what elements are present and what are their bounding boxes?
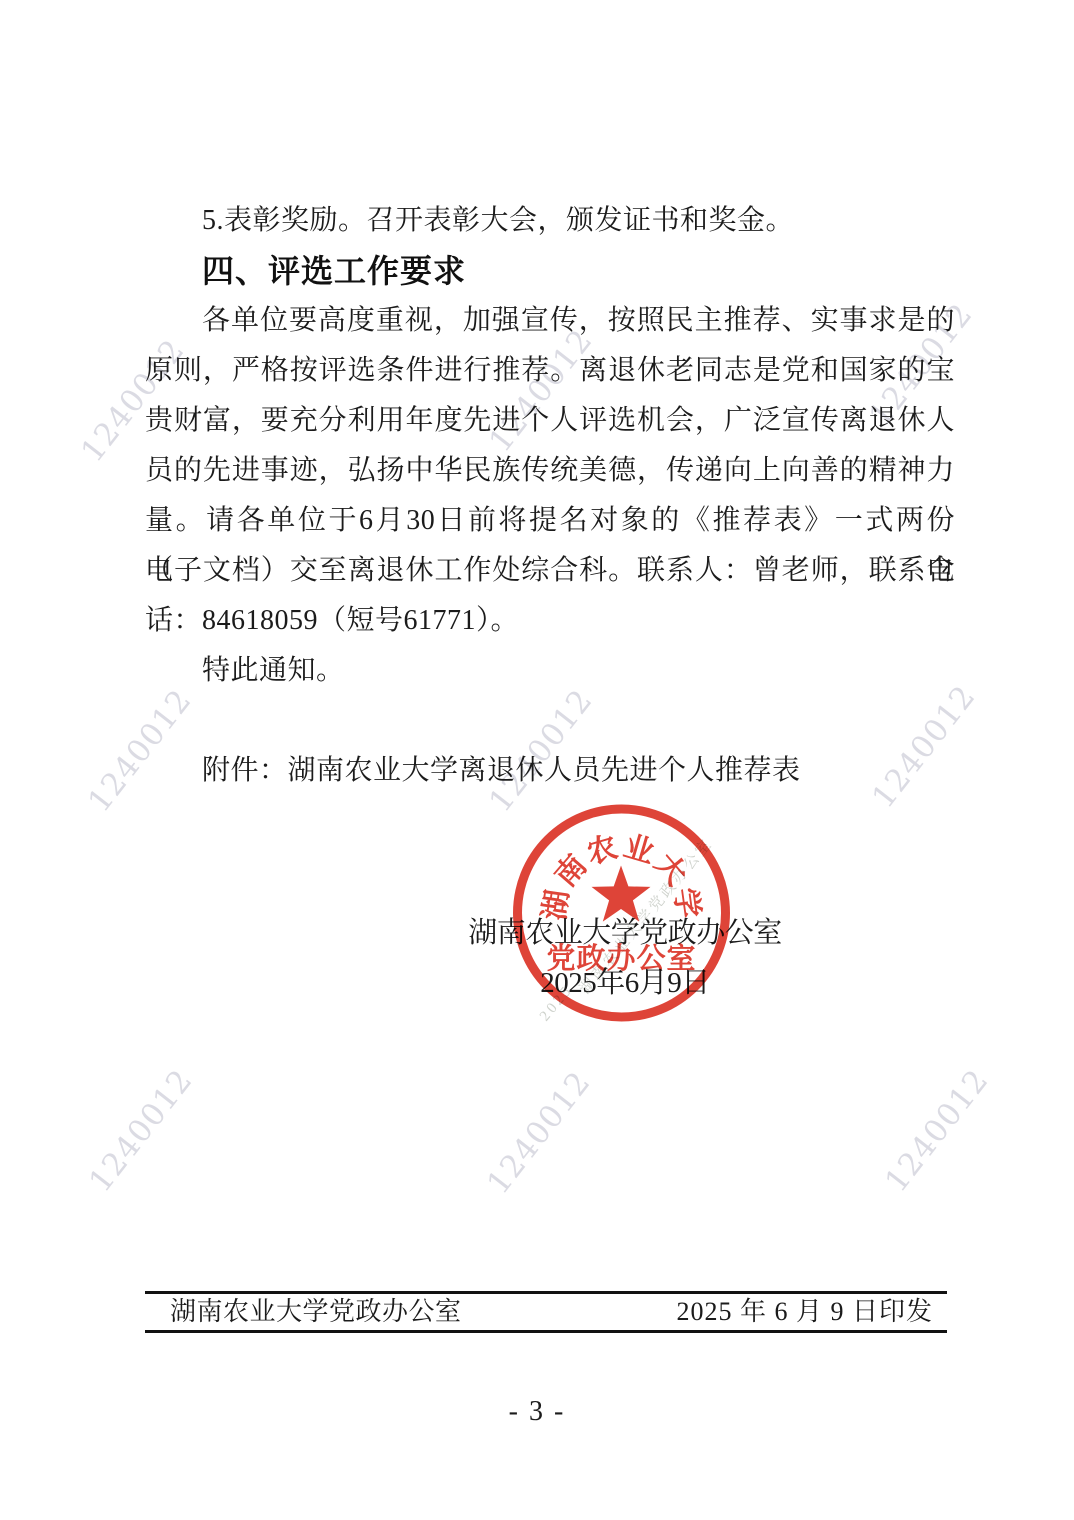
blank-line [145,696,955,746]
paragraph-line: 电子文档）交至离退休工作处综合科。联系人：曾老师，联系电 [145,546,955,596]
footer-print-date: 2025 年 6 月 9 日印发 [676,1294,947,1330]
seal-star-icon [592,866,651,922]
section-heading: 四、评选工作要求 [145,246,955,296]
paragraph-line: 原则，严格按评选条件进行推荐。离退休老同志是党和国家的宝 [145,346,955,396]
attachment-line: 附件：湖南农业大学离退休人员先进个人推荐表 [145,746,955,796]
watermark: 1240012 [878,1074,990,1201]
paragraph-line: 员的先进事迹，弘扬中华民族传统美德，传递向上向善的精神力 [145,446,955,496]
paragraph-line: 量。请各单位于6月30日前将提名对象的《推荐表》一式两份（含 [145,496,955,546]
page-number: - 3 - [0,1396,1074,1428]
body-line-item5: 5.表彰奖励。召开表彰大会，颁发证书和奖金。 [145,196,955,246]
footer: 湖南农业大学党政办公室 2025 年 6 月 9 日印发 [145,1291,947,1333]
notice-line: 特此通知。 [145,646,955,696]
watermark: 1240012 [82,1074,194,1201]
paragraph-line: 贵财富，要充分利用年度先进个人评选机会，广泛宣传离退休人 [145,396,955,446]
watermark: 1240012 [480,1076,592,1203]
seal-center-text: 党政办公室 [546,942,696,975]
paragraph-line: 话：84618059（短号61771）。 [145,596,955,646]
document-page: 1240012 1240012 1240012 1240012 1240012 … [0,0,1074,1520]
official-seal: 湖南农业大学 党政办公室 [510,800,734,1028]
document-body: 5.表彰奖励。召开表彰大会，颁发证书和奖金。 四、评选工作要求 各单位要高度重视… [145,196,955,796]
paragraph-line: 各单位要高度重视，加强宣传，按照民主推荐、实事求是的 [145,296,955,346]
footer-row: 湖南农业大学党政办公室 2025 年 6 月 9 日印发 [145,1294,947,1330]
footer-issuer: 湖南农业大学党政办公室 [145,1294,462,1330]
